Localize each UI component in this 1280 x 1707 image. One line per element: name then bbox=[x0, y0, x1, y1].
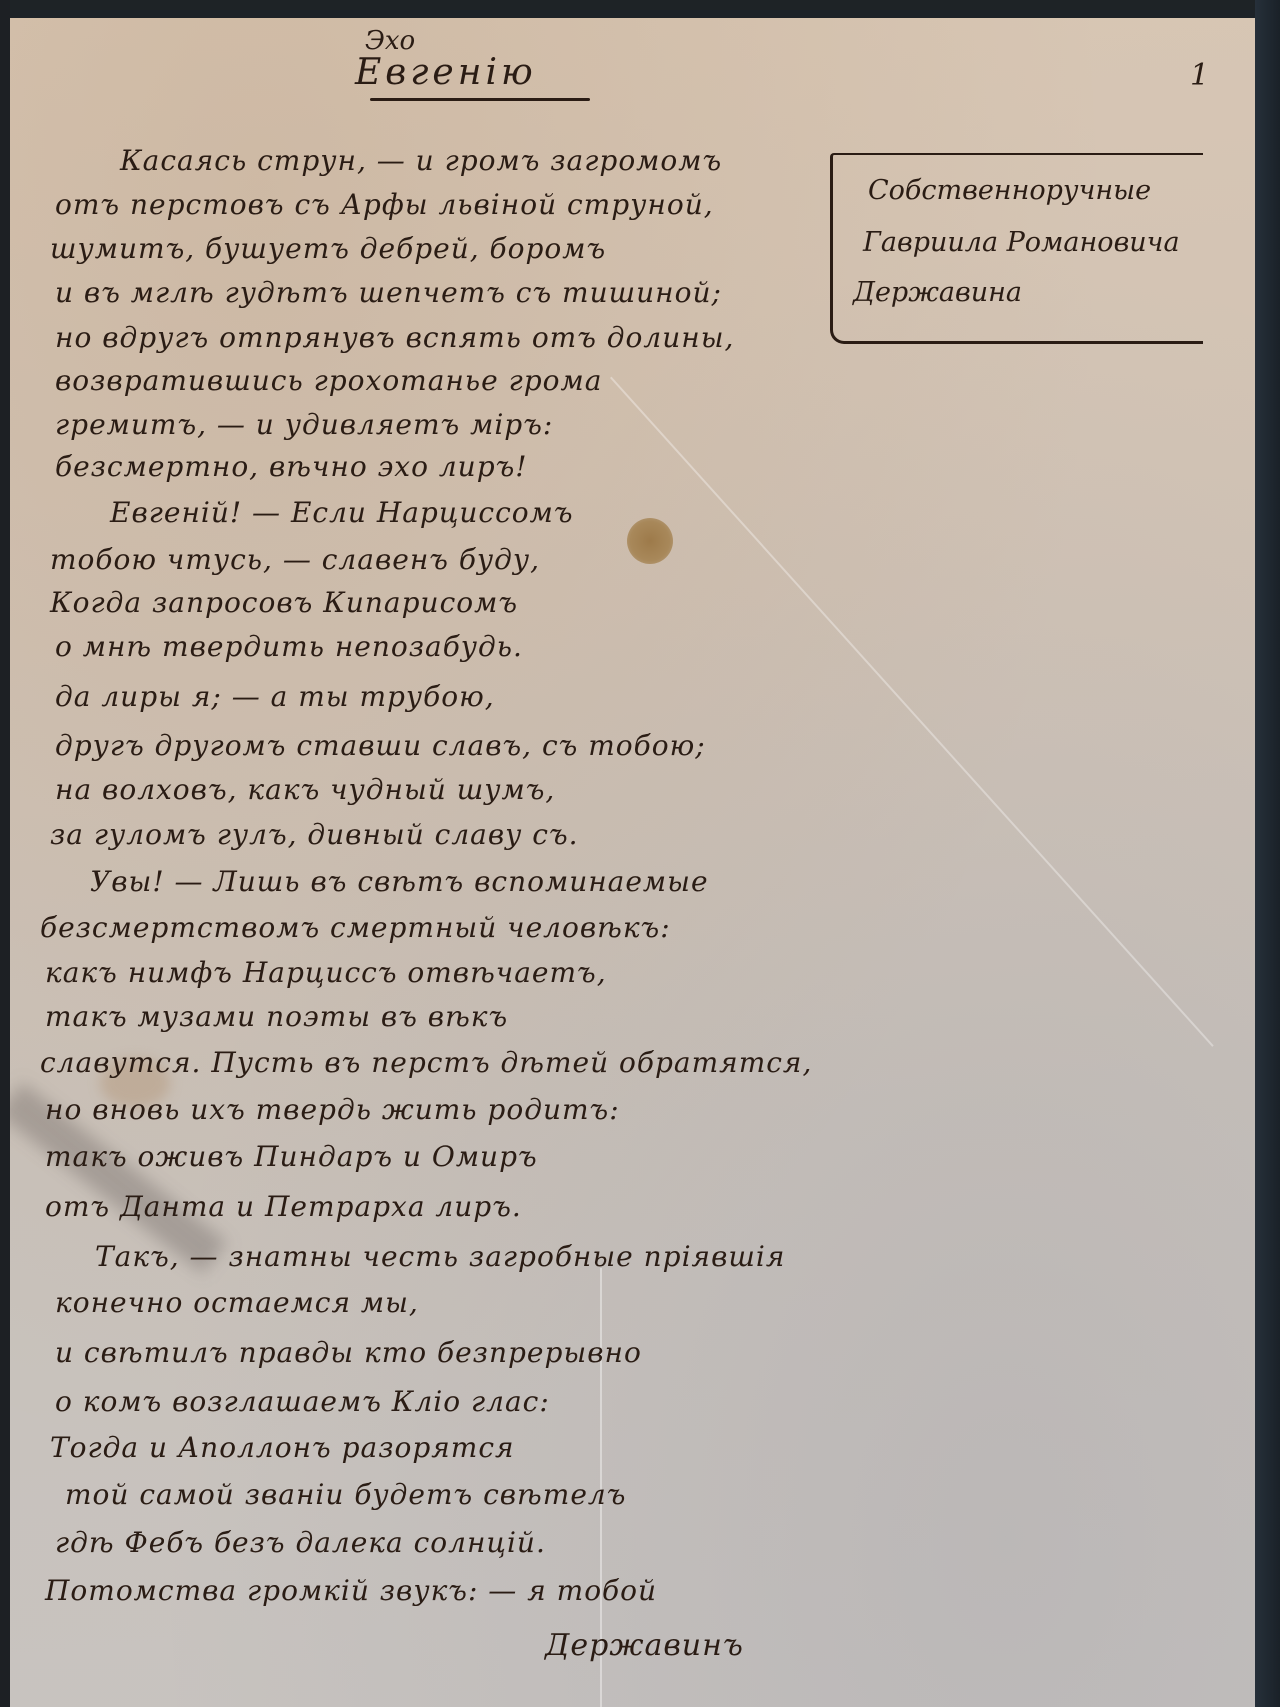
page-number: 1 bbox=[1190, 58, 1209, 93]
poem-line: отъ Данта и Петрарха лиръ. bbox=[45, 1190, 522, 1223]
poem-line: за гуломъ гулъ, дивный славу съ. bbox=[50, 818, 579, 851]
poem-line: той самой званіи будетъ свѣтелъ bbox=[65, 1478, 626, 1511]
poem-line: Тогда и Аполлонъ разорятся bbox=[50, 1431, 515, 1464]
poem-line: отъ перстовъ съ Арфы львіной струной, bbox=[55, 188, 714, 221]
poem-line: о мнѣ твердить непозабудь. bbox=[55, 630, 523, 663]
poem-line: такъ оживъ Пиндаръ и Омиръ bbox=[45, 1140, 538, 1173]
poem-line: безсмертно, вѣчно эхо лиръ! bbox=[55, 450, 528, 483]
poem-line: на волховъ, какъ чудный шумъ, bbox=[55, 773, 555, 806]
poem-line: конечно остаемся мы, bbox=[55, 1286, 419, 1319]
manuscript-page: Эхо Евгенію 1 Собственноручные Гавриила … bbox=[10, 18, 1255, 1707]
attribution-line: Собственноручные bbox=[868, 175, 1151, 206]
poem-line: и въ мглѣ гудѣтъ шепчетъ съ тишиной; bbox=[55, 276, 722, 309]
poem-line: другъ другомъ ставши славъ, съ тобою; bbox=[55, 729, 706, 762]
poem-line: Когда запросовъ Кипарисомъ bbox=[50, 586, 518, 619]
poem-line: но вновь ихъ твердь жить родитъ: bbox=[45, 1093, 620, 1126]
poem-line: славутся. Пусть въ перстъ дѣтей обратятс… bbox=[40, 1046, 812, 1079]
poem-line: гремитъ, — и удивляетъ міръ: bbox=[55, 408, 553, 441]
attribution-line: Гавриила Романовича bbox=[863, 227, 1180, 258]
signature: Державинъ bbox=[545, 1628, 744, 1663]
poem-line: шумитъ, бушуетъ дебрей, боромъ bbox=[50, 232, 606, 265]
poem-line: безсмертствомъ смертный человѣкъ: bbox=[40, 911, 671, 944]
poem-line: Потомства громкій звукъ: — я тобой bbox=[45, 1574, 657, 1607]
poem-line: возвратившись грохотанье грома bbox=[55, 364, 602, 397]
poem-line: такъ музами поэты въ вѣкъ bbox=[45, 1000, 508, 1033]
attribution-line: Державина bbox=[853, 277, 1022, 308]
poem-line: о комъ возглашаемъ Кліо глас: bbox=[55, 1385, 550, 1418]
poem-line: Увы! — Лишь въ свѣтъ вспоминаемые bbox=[90, 865, 709, 898]
poem-line: гдѣ Фебъ безъ далека солнцій. bbox=[55, 1526, 546, 1559]
photo-background-right bbox=[1255, 0, 1280, 1707]
poem-line: да лиры я; — а ты трубою, bbox=[55, 680, 495, 713]
title-underline bbox=[370, 98, 590, 101]
poem-line: Евгеній! — Если Нарциссомъ bbox=[110, 496, 574, 529]
poem-line: Касаясь струн, — и громъ загромомъ bbox=[120, 144, 722, 177]
page-title: Евгенію bbox=[355, 52, 537, 93]
paper-fold-crease bbox=[610, 377, 1214, 1047]
poem-line: тобою чтусь, — славенъ буду, bbox=[50, 543, 540, 576]
poem-line: и свѣтилъ правды кто безпрерывно bbox=[55, 1336, 642, 1369]
photo-background-top bbox=[0, 0, 1280, 10]
wax-stain bbox=[627, 518, 673, 564]
attribution-box: Собственноручные Гавриила Романовича Дер… bbox=[830, 153, 1203, 344]
poem-line: Такъ, — знатны честь загробные пріявшія bbox=[95, 1240, 785, 1273]
poem-line: но вдругъ отпрянувъ вспять отъ долины, bbox=[55, 321, 734, 354]
photo-background-left bbox=[0, 0, 10, 1707]
poem-line: какъ нимфъ Нарциссъ отвѣчаетъ, bbox=[45, 956, 607, 989]
